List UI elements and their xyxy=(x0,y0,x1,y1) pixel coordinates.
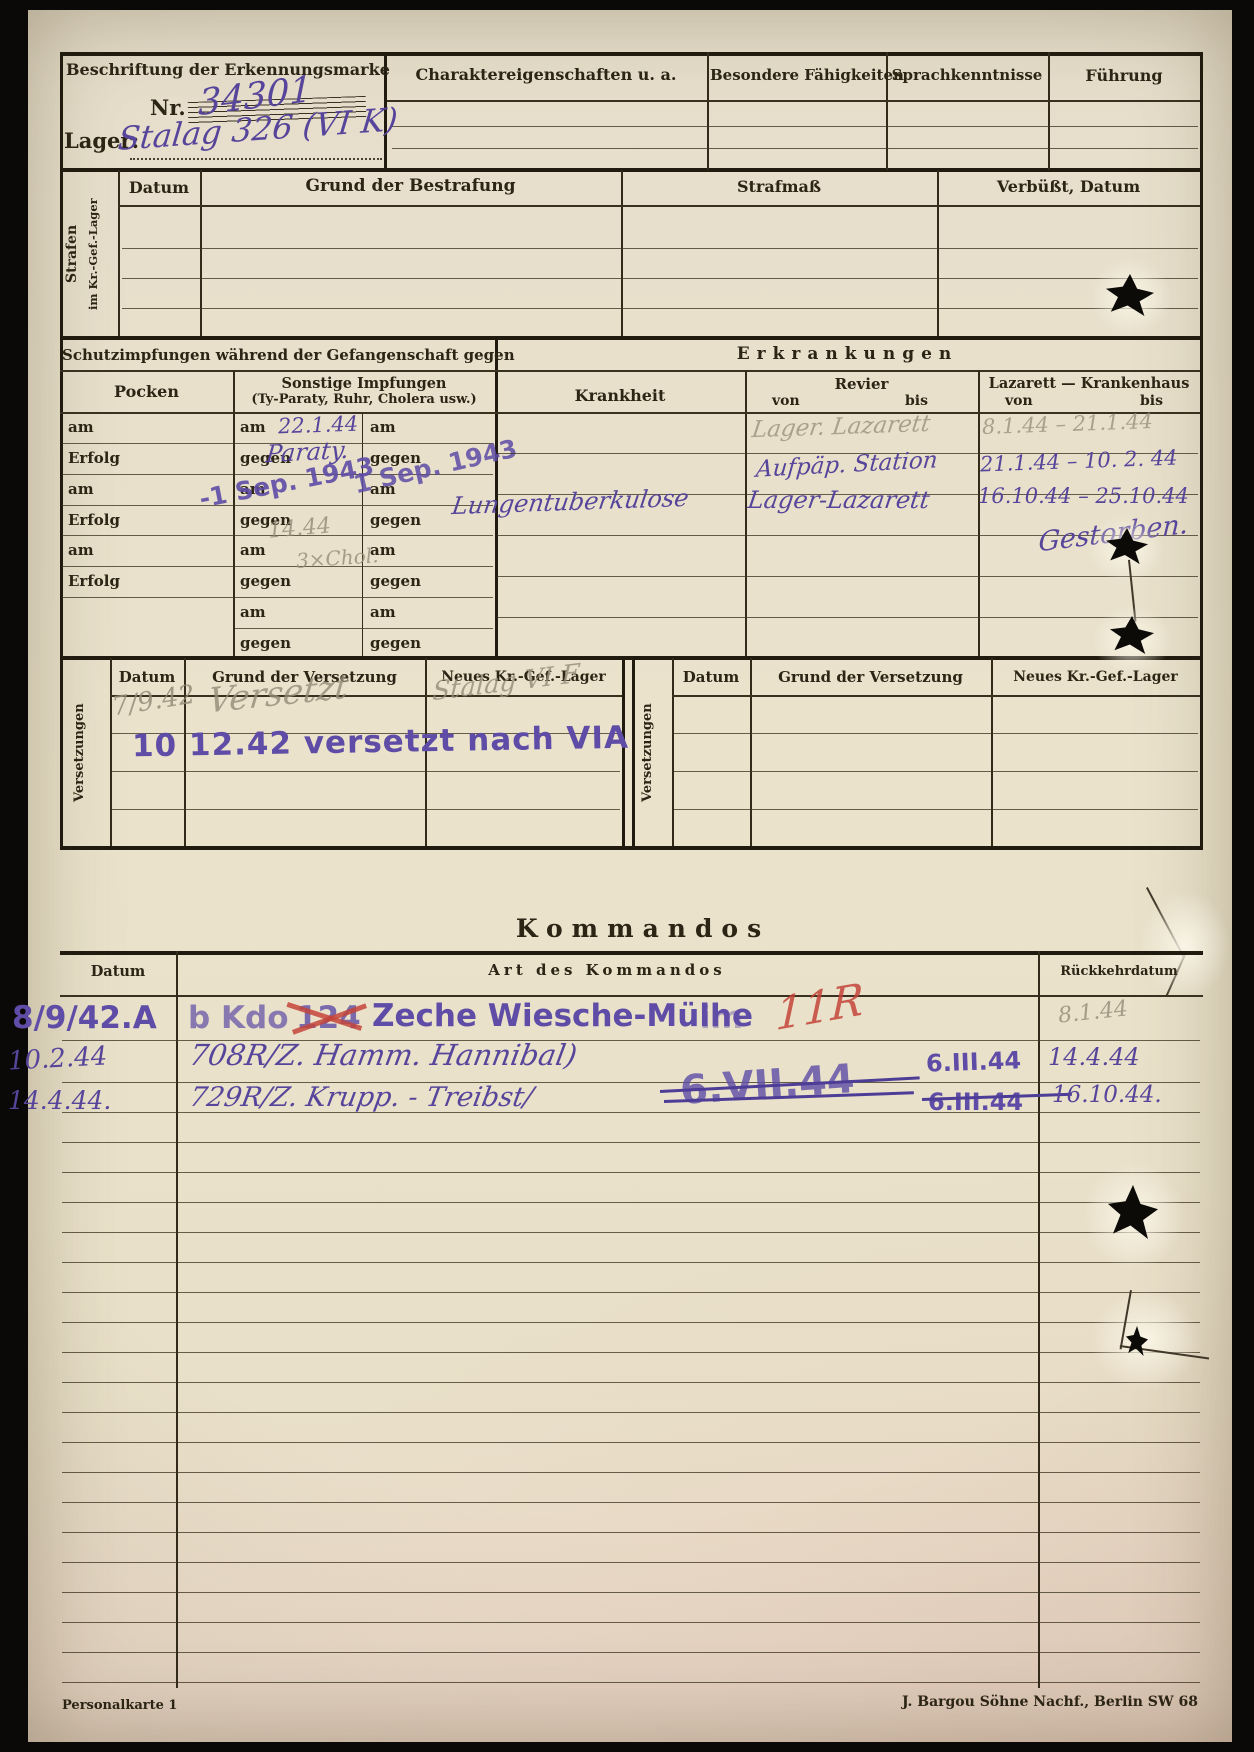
table-line xyxy=(1048,52,1050,170)
sonstige1-gegen-label: gegen xyxy=(240,634,291,652)
impfungen-col-sonstige: Sonstige Impfungen xyxy=(233,375,495,392)
table-line xyxy=(110,658,112,846)
pocken-am-label: am xyxy=(68,480,94,498)
sonstige1-am-label: am xyxy=(240,418,266,436)
kommando-stamp-fragment: b Kdo xyxy=(188,1000,289,1036)
versetzungen-col-datum: Datum xyxy=(672,668,750,686)
lazarett-bis-label: bis xyxy=(1140,393,1163,409)
table-line xyxy=(60,370,1200,372)
table-line xyxy=(387,100,1200,102)
rule-line xyxy=(392,148,1198,149)
rule-line xyxy=(122,248,1198,249)
impfungen-col-pocken: Pocken xyxy=(60,382,233,401)
blank-ruled-rows xyxy=(62,1083,1200,1683)
erkrankungen-title: Erkrankungen xyxy=(495,344,1200,364)
erkrankungen-col-lazarett: Lazarett — Krankenhaus xyxy=(978,375,1200,392)
sonstige2-am-label: am xyxy=(370,603,396,621)
strafen-col-grund: Grund der Bestrafung xyxy=(200,176,621,196)
col-sprachkenntnisse: Sprachkenntnisse xyxy=(890,66,1044,84)
erkennungsmarke-title: Beschriftung der Erkennungsmarke xyxy=(66,60,380,79)
versetzungen-side-label: Versetzungen xyxy=(640,662,655,844)
footer-printer: J. Bargou Söhne Nachf., Berlin SW 68 xyxy=(900,1694,1198,1710)
table-line xyxy=(672,658,674,846)
date-stamp: 6.III.44 xyxy=(926,1046,1022,1077)
table-line xyxy=(118,205,1200,207)
versetzungen-col-neues-lager: Neues Kr.-Gef.-Lager xyxy=(991,669,1200,685)
rule-line xyxy=(62,597,493,598)
table-border xyxy=(60,846,1203,850)
impfungen-title: Schutzimpfungen während der Gefangenscha… xyxy=(62,346,492,364)
rule-line xyxy=(497,576,1198,577)
col-charaktereigenschaften: Charaktereigenschaften u. a. xyxy=(390,65,702,84)
table-border xyxy=(1200,52,1203,848)
strafen-col-verbuesst: Verbüßt, Datum xyxy=(937,177,1200,196)
footer-card-type: Personalkarte 1 xyxy=(62,1698,177,1713)
table-line xyxy=(362,412,363,660)
col-fuehrung: Führung xyxy=(1052,66,1196,85)
pocken-erfolg-label: Erfolg xyxy=(68,449,120,467)
col-besondere-faehigkeiten: Besondere Fähigkeiten xyxy=(710,66,882,84)
table-line xyxy=(991,658,993,846)
versetzungen-side-label: Versetzungen xyxy=(72,662,87,844)
table-border xyxy=(60,52,1203,56)
lager-dotted-line xyxy=(130,158,382,160)
rule-line xyxy=(674,771,1198,772)
strafen-side-sublabel: im Kr.-Gef.-Lager xyxy=(86,175,100,333)
scanned-personalkarte: Beschriftung der Erkennungsmarke Charakt… xyxy=(0,0,1254,1752)
rule-line xyxy=(122,278,1198,279)
lazarett-von-label: von xyxy=(1005,393,1033,409)
kommando-datum-stamp: 8/9/42.A xyxy=(12,1000,157,1036)
sonstige2-am-label: am xyxy=(370,418,396,436)
erkrankung-dates-entry: 16.10.44 – 25.10.44 xyxy=(978,484,1189,508)
strafen-col-strafmass: Strafmaß xyxy=(621,177,937,196)
sonstige2-gegen-label: gegen xyxy=(370,511,421,529)
kommando-datum-entry: 10.2.44 xyxy=(7,1041,108,1076)
table-border xyxy=(632,656,635,848)
kommando-art-entry: 729R/Z. Krupp. - Treibst/ xyxy=(187,1082,535,1113)
sonstige1-gegen-label: gegen xyxy=(240,572,291,590)
rule-line xyxy=(112,771,620,772)
kommandos-col-datum: Datum xyxy=(60,963,176,980)
pocken-erfolg-label: Erfolg xyxy=(68,572,120,590)
table-border xyxy=(60,168,1203,172)
erkrankungen-col-revier: Revier xyxy=(745,375,978,393)
rule-line xyxy=(112,809,620,810)
table-line xyxy=(707,52,709,170)
rueckkehr-date-entry: 14.4.44 xyxy=(1048,1043,1140,1071)
sonstige2-gegen-label: gegen xyxy=(370,634,421,652)
impfung-date-entry: 22.1.44 xyxy=(278,412,359,439)
rule-line xyxy=(674,809,1198,810)
erkrankung-revier-entry: Lager-Lazarett xyxy=(746,486,931,514)
rule-line xyxy=(62,505,493,506)
table-border xyxy=(60,336,1203,340)
rueckkehr-date-entry: 16.10.44. xyxy=(1052,1082,1162,1108)
table-border xyxy=(60,951,1203,955)
revier-von-label: von xyxy=(772,393,800,409)
kommando-datum-entry: 14.4.44. xyxy=(8,1086,111,1115)
impfungen-col-sonstige-detail: (Ty-Paraty, Ruhr, Cholera usw.) xyxy=(233,392,495,407)
rule-line xyxy=(497,617,1198,618)
strafen-side-label: Strafen xyxy=(64,175,80,333)
rule-line xyxy=(392,126,1198,127)
kommando-stamp-text: Zeche Wiesche-Mülhe xyxy=(372,998,753,1034)
versetzungen-col-grund: Grund der Versetzung xyxy=(750,668,991,686)
erkrankungen-col-krankheit: Krankheit xyxy=(495,386,745,405)
rule-line xyxy=(235,628,493,629)
rule-line xyxy=(122,308,1198,309)
kommandos-col-art: Art des Kommandos xyxy=(176,961,1038,979)
kommando-stamp-fragment: im xyxy=(700,1000,743,1036)
pocken-erfolg-label: Erfolg xyxy=(68,511,120,529)
revier-bis-label: bis xyxy=(905,393,928,409)
pocken-am-label: am xyxy=(68,418,94,436)
sonstige2-gegen-label: gegen xyxy=(370,572,421,590)
table-line xyxy=(750,658,752,846)
kommandos-col-rueckkehrdatum: Rückkehrdatum xyxy=(1038,964,1200,979)
strafen-col-datum: Datum xyxy=(118,178,200,197)
kommandos-title: Kommandos xyxy=(443,914,843,943)
table-border xyxy=(60,52,63,848)
table-line xyxy=(60,995,1203,997)
crossed-date-stamp: 6.III.44 xyxy=(928,1088,1023,1116)
paper-blister xyxy=(1140,890,1230,1000)
rule-line xyxy=(62,566,493,567)
sonstige1-am-label: am xyxy=(240,541,266,559)
pocken-am-label: am xyxy=(68,541,94,559)
rule-line xyxy=(674,733,1198,734)
kommando-art-entry: 708R/Z. Hamm. Hannibal) xyxy=(187,1038,580,1072)
table-line xyxy=(672,695,1200,697)
sonstige1-am-label: am xyxy=(240,603,266,621)
